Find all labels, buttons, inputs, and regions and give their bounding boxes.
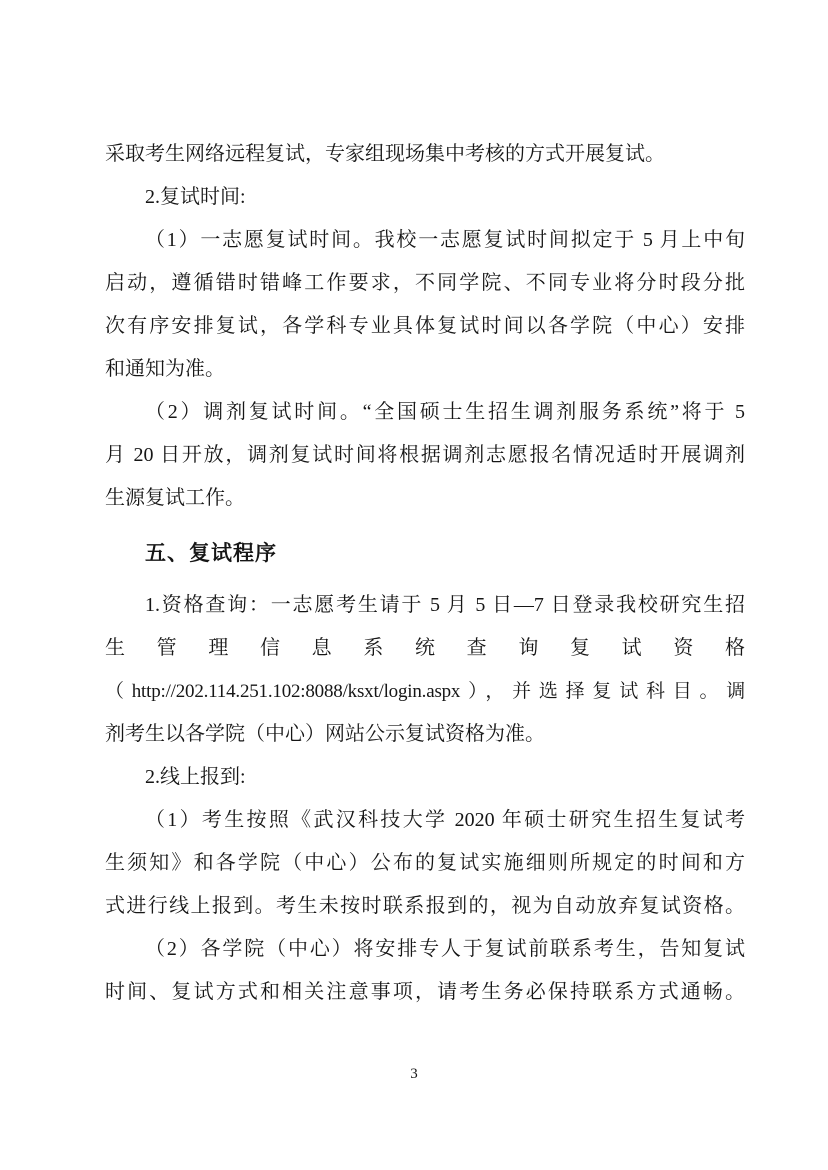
text-line: 采取考生网络远程复试，专家组现场集中考核的方式开展复试。 bbox=[105, 133, 745, 176]
text-line: 时间、复试方式和相关注意事项，请考生务必保持联系方式通畅。 bbox=[105, 971, 745, 1014]
text-line: （2）各学院（中心）将安排专人于复试前联系考生，告知复试 bbox=[105, 928, 745, 971]
text-line: 剂考生以各学院（中心）网站公示复试资格为准。 bbox=[105, 713, 745, 756]
text-line: 启动，遵循错时错峰工作要求，不同学院、不同专业将分时段分批 bbox=[105, 262, 745, 305]
text-line: 和通知为准。 bbox=[105, 348, 745, 391]
document-page: 采取考生网络远程复试，专家组现场集中考核的方式开展复试。2.复试时间:（1）一志… bbox=[0, 0, 828, 1170]
section-heading: 五、复试程序 bbox=[105, 532, 745, 575]
text-line: （1）一志愿复试时间。我校一志愿复试时间拟定于 5 月上中旬 bbox=[105, 219, 745, 262]
page-number: 3 bbox=[0, 1064, 828, 1084]
text-line: 2.复试时间: bbox=[105, 176, 745, 219]
text-line: 次有序安排复试，各学科专业具体复试时间以各学院（中心）安排 bbox=[105, 305, 745, 348]
text-line: （2）调剂复试时间。“全国硕士生招生调剂服务系统”将于 5 bbox=[105, 391, 745, 434]
text-line: 月 20 日开放，调剂复试时间将根据调剂志愿报名情况适时开展调剂 bbox=[105, 434, 745, 477]
text-line: 2.线上报到: bbox=[105, 756, 745, 799]
text-line: 式进行线上报到。考生未按时联系报到的，视为自动放弃复试资格。 bbox=[105, 885, 745, 928]
text-line: 生须知》和各学院（中心）公布的复试实施细则所规定的时间和方 bbox=[105, 842, 745, 885]
text-line: （1）考生按照《武汉科技大学 2020 年硕士研究生招生复试考 bbox=[105, 799, 745, 842]
text-line: 1.资格查询：一志愿考生请于 5 月 5 日—7 日登录我校研究生招 bbox=[105, 584, 745, 627]
document-lines: 采取考生网络远程复试，专家组现场集中考核的方式开展复试。2.复试时间:（1）一志… bbox=[105, 133, 745, 1014]
text-line: （http://202.114.251.102:8088/ksxt/login.… bbox=[105, 670, 745, 713]
text-line: 生源复试工作。 bbox=[105, 477, 745, 520]
text-line: 生管理信息系统查询复试资格 bbox=[105, 627, 745, 670]
